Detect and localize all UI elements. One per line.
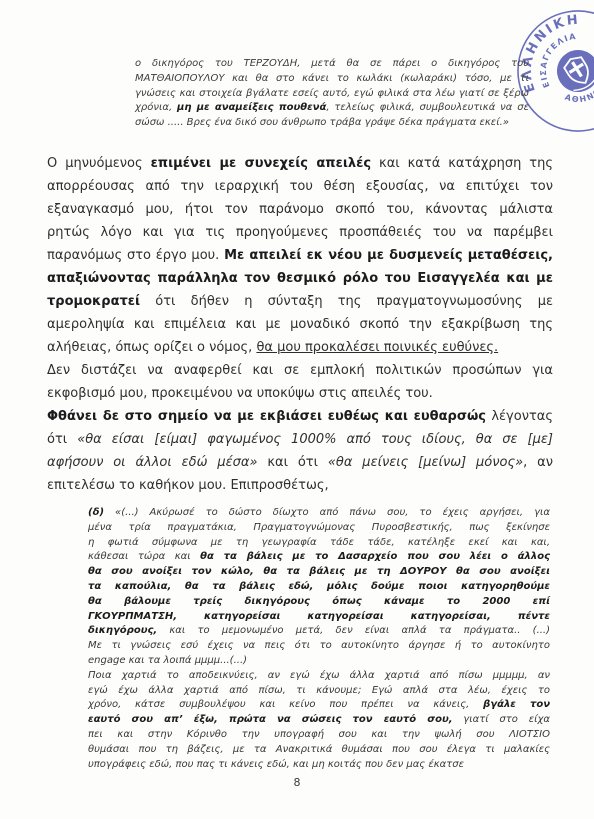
text-run: απορρέουσας από την ιεραρχική του θέση ε… [47,179,553,194]
text-run: υπογράφεις εδώ, που πας τι κάνεις εδώ, κ… [88,759,464,770]
text-run: γνώσεις και στοιχεία βγάλατε εσείς αυτό,… [135,88,529,99]
text-run: παρανόμως στο έργο μου. [47,248,224,263]
text-line: επιτελέσω το καθήκον μου. Επιπροσθέτως, [47,474,553,497]
text-line: η φωτιά σύμφωνα με τη γεωγραφία τάδε τάδ… [88,536,550,551]
text-line: απορρέουσας από την ιεραρχική του θέση ε… [47,175,553,198]
text-line: εαυτό σου απ’ έξω, πρώτα να σώσεις τον ε… [88,713,550,728]
text-run: engage και τα λοιπά μμμμ...(...) [88,655,247,666]
text-line: Φθάνει δε στο σημείο να με εκβιάσει ευθέ… [47,405,553,428]
text-run: εκφοβισμό μου, προκειμένου να υποκύψω στ… [47,386,433,401]
text-run: «θα μείνεις [μείνω] μόνος» [328,455,523,470]
stamp-center-disc [549,42,594,100]
text-run: δικηγόρους, [88,625,157,636]
text-line: χρόνο, κάτσε συμβουλέψου και κείνο που π… [88,698,550,713]
text-run: τρομοκρατεί [47,294,140,309]
text-run: και ότι [257,455,327,470]
document-page: ΕΛΛΗΝΙΚΗ ΕΙΣΑΓΓΕΛΙΑ ΑΘΗΝΩΝ ο δικηγόρος τ… [0,0,594,819]
text-run: μη με αναμείξεις πουθενά [177,102,326,113]
text-line: τρομοκρατεί ότι δήθεν η σύνταξη της πραγ… [47,290,553,313]
text-line: παρανόμως στο έργο μου. Με απειλεί εκ νέ… [47,244,553,267]
stamp-cross-horizontal [569,63,584,74]
text-run: λέγοντας [486,409,553,424]
text-run: ότι [47,432,77,447]
svg-text:ΕΙΣΑΓΓΕΛΙΑ: ΕΙΣΑΓΓΕΛΙΑ [524,28,593,91]
text-run: θα σου ανοίξει τον κώλο, θα τα βάλεις με… [88,566,550,577]
text-run: αλήθειας, όπως ορίζει ο νόμος, [47,340,256,355]
text-line: ΓΚΟΥΡΠΜΑΤΣΗ, κατηγορείσαι κατηγορείσαι κ… [88,610,550,625]
text-line: μένα τρία πραγματάκια, Πραγματογνώμονας … [88,521,550,536]
text-run: εαυτό σου απ’ έξω, πρώτα να σώσεις τον ε… [88,714,453,725]
text-run: χρόνια, [135,102,177,113]
text-line: (δ) «(...) Ακύρωσέ το δώστο δίωχτο από π… [88,506,550,521]
text-run: σώσω ..... Βρες ένα δικό σου άνθρωπο τρά… [135,117,509,128]
text-run: Ο μηνυόμενος [47,156,151,171]
stamp-laurel [574,75,594,93]
text-line: θα βάλουμε τρείς δικηγόρους όπως κάναμε … [88,595,550,610]
text-run: εξαναγκασμό μου, ήτοι τον παράνομο σκοπό… [47,202,553,217]
text-line: χρόνια, μη με αναμείξεις πουθενά, τελείω… [135,101,529,116]
svg-text:ΑΘΗΝΩΝ: ΑΘΗΝΩΝ [561,72,594,114]
text-line: πει και στην Κόρινθο την υπογραφή σου κα… [88,728,550,743]
text-run: αφήσουν οι άλλοι εδώ μέσα» [47,455,257,470]
text-line: εκφοβισμό μου, προκειμένου να υποκύψω στ… [47,382,553,405]
page-number: 8 [0,776,594,789]
text-run: μένα τρία πραγματάκια, Πραγματογνώμονας … [88,522,550,533]
stamp-ring-text: ΕΙΣΑΓΓΕΛΙΑ [524,28,593,91]
text-line: γνώσεις και στοιχεία βγάλατε εσείς αυτό,… [135,87,529,102]
text-run: γιατί στο είχα [453,714,551,725]
text-run: και το μεμονωμένο μετά, δεν είναι απλά τ… [157,625,550,636]
text-line: Ποια χαρτιά το αποδεικνύεις, αν εγώ έχω … [88,669,550,684]
text-run: Με απειλεί εκ νέου με δυσμενείς μεταθέσε… [224,248,553,263]
text-run: ρητώς λόγο και για τις προηγούμενες προσ… [47,225,553,240]
text-run: (δ) [88,507,104,518]
text-line: εγώ έχω άλλα χαρτιά από πίσω, τι κάνουμε… [88,684,550,699]
text-run: , αν [523,455,553,470]
text-line: αλήθειας, όπως ορίζει ο νόμος, θα μου πρ… [47,336,553,359]
text-line: θυμάσαι που τη βάζεις, με τα Ανακριτικά … [88,743,550,758]
text-line: σώσω ..... Βρες ένα δικό σου άνθρωπο τρά… [135,116,529,131]
main-body-paragraphs: Ο μηνυόμενος επιμένει με συνεχείς απειλέ… [47,152,553,497]
text-run: , τελείως φιλικά, συμβουλευτικά να σε [326,102,529,113]
stamp-shield [562,54,594,88]
stamp-cross-vertical [571,61,583,77]
delta-quote-transcript: (δ) «(...) Ακύρωσέ το δώστο δίωχτο από π… [88,506,550,772]
text-run: ΓΚΟΥΡΠΜΑΤΣΗ, κατηγορείσαι κατηγορείσαι κ… [88,611,550,622]
text-run: Με τι γνώσεις εσύ έχεις να πεις ότι το α… [88,640,550,651]
text-line: θα σου ανοίξει τον κώλο, θα τα βάλεις με… [88,565,550,580]
text-run: θα μου προκαλέσει ποινικές ευθύνες. [256,340,498,355]
text-line: αφήσουν οι άλλοι εδώ μέσα» και ότι «θα μ… [47,451,553,474]
text-run: κάθεσαι τώρα και [88,551,200,562]
text-line: Ο μηνυόμενος επιμένει με συνεχείς απειλέ… [47,152,553,175]
text-run: Ποια χαρτιά το αποδεικνύεις, αν εγώ έχω … [88,670,550,681]
text-line: εξαναγκασμό μου, ήτοι τον παράνομο σκοπό… [47,198,553,221]
text-run: εγώ έχω άλλα χαρτιά από πίσω, τι κάνουμε… [88,685,550,696]
text-run: πει και στην Κόρινθο την υπογραφή σου κα… [88,729,550,740]
text-line: engage και τα λοιπά μμμμ...(...) [88,654,550,669]
text-line: απαξιώνοντας παράλληλα τον θεσμικό ρόλο … [47,267,553,290]
text-run: τα καπούλια, θα τα βάλεις εδώ, μόλις δού… [88,581,550,592]
text-line: Δεν διστάζει να αναφερθεί και σε εμπλοκή… [47,359,553,382]
text-line: αμεροληψία και επιμέλεια και με μοναδικό… [47,313,553,336]
text-run: θυμάσαι που τη βάζεις, με τα Ανακριτικά … [88,744,550,755]
text-line: Με τι γνώσεις εσύ έχεις να πεις ότι το α… [88,639,550,654]
text-run: ότι δήθεν η σύνταξη της πραγματογνωμοσύν… [140,294,553,309]
text-line: ΜΑΤΘΑΙΟΠΟΥΛΟΥ και θα στο κάνει το κωλάκι… [135,72,529,87]
text-run: και κατά κατάχρηση της [371,156,553,171]
text-run: «(...) Ακύρωσέ το δώστο δίωχτο από πάνω … [104,507,550,518]
text-run: «θα είσαι [είμαι] φαγωμένος 1000% από το… [77,432,553,447]
text-run: απαξιώνοντας παράλληλα τον θεσμικό ρόλο … [47,271,553,286]
text-run: αμεροληψία και επιμέλεια και με μοναδικό… [47,317,553,332]
text-run: βγάλε τον [483,699,550,710]
text-run: ΜΑΤΘΑΙΟΠΟΥΛΟΥ και θα στο κάνει το κωλάκι… [135,73,529,84]
text-run: επιμένει με συνεχείς απειλές [151,156,372,171]
text-run: η φωτιά σύμφωνα με τη γεωγραφία τάδε τάδ… [88,537,550,548]
text-run: χρόνο, κάτσε συμβουλέψου και κείνο που π… [88,699,483,710]
text-line: ότι «θα είσαι [είμαι] φαγωμένος 1000% απ… [47,428,553,451]
text-run: επιτελέσω το καθήκον μου. Επιπροσθέτως, [47,478,329,493]
text-line: τα καπούλια, θα τα βάλεις εδώ, μόλις δού… [88,580,550,595]
stamp-bottom-text: ΑΘΗΝΩΝ [561,72,594,114]
text-line: κάθεσαι τώρα και θα τα βάλεις με το Δασα… [88,550,550,565]
text-run: θα τα βάλεις με το Δασαρχείο που σου λέε… [200,551,550,562]
text-line: ρητώς λόγο και για τις προηγούμενες προσ… [47,221,553,244]
text-run: θα βάλουμε τρείς δικηγόρους όπως κάναμε … [88,596,550,607]
quoted-threat-transcript-intro: ο δικηγόρος του ΤΕΡΖΟΥΔΗ, μετά θα σε πάρ… [135,57,529,131]
text-line: υπογράφεις εδώ, που πας τι κάνεις εδώ, κ… [88,758,550,773]
text-line: ο δικηγόρος του ΤΕΡΖΟΥΔΗ, μετά θα σε πάρ… [135,57,529,72]
text-run: ο δικηγόρος του ΤΕΡΖΟΥΔΗ, μετά θα σε πάρ… [135,58,529,69]
text-line: δικηγόρους, και το μεμονωμένο μετά, δεν … [88,624,550,639]
text-run: Φθάνει δε στο σημείο να με εκβιάσει ευθέ… [47,409,486,424]
text-run: Δεν διστάζει να αναφερθεί και σε εμπλοκή… [47,363,553,378]
